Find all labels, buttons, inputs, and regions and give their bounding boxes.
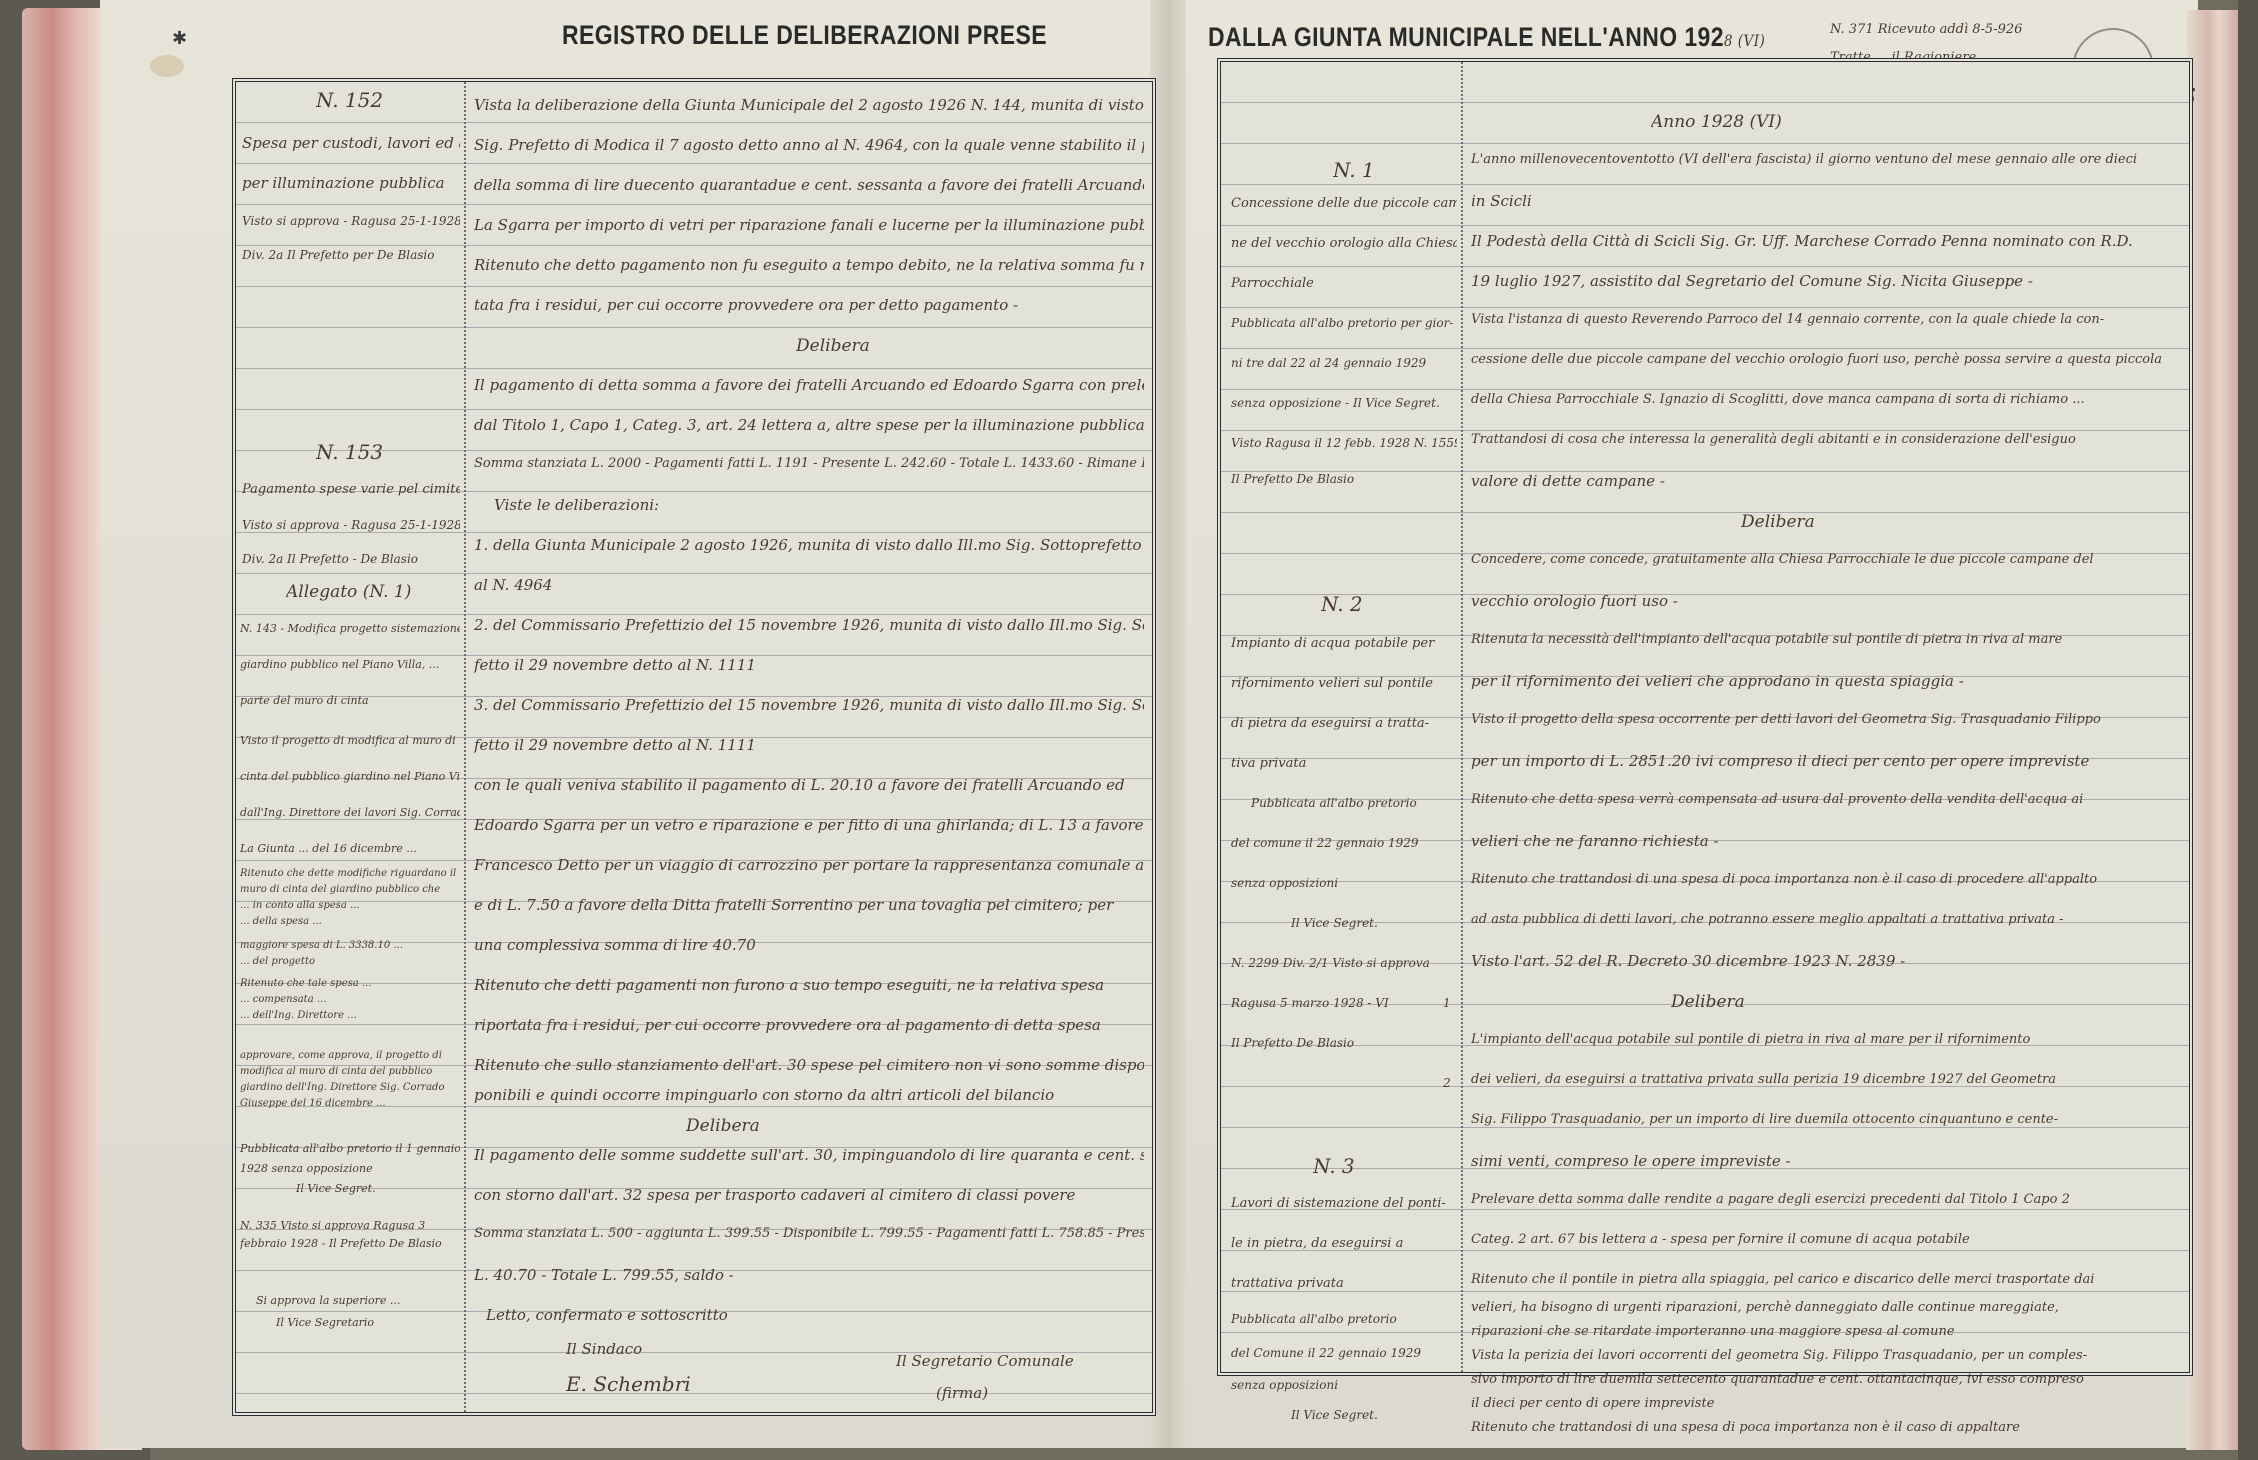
body-line: il dieci per cento di opere impreviste [1471, 1396, 2171, 1411]
entry-number: Allegato (N. 1) [286, 582, 411, 602]
margin-line: Il Prefetto De Blasio [1231, 1036, 1457, 1050]
body-line: Visto il progetto della spesa occorrente… [1471, 712, 2171, 727]
margin-line: per illuminazione pubblica [242, 174, 460, 192]
margin-line: Pubblicata all'albo pretorio il 1 gennai… [240, 1142, 460, 1155]
body-line: Ritenuto che detti pagamenti non furono … [474, 976, 1144, 994]
body-line: L'impianto dell'acqua potabile sul ponti… [1471, 1032, 2171, 1047]
column-divider [1461, 62, 1463, 1372]
body-line: La Sgarra per importo di vetri per ripar… [474, 216, 1144, 234]
year-suffix: 8 (VI) [1724, 31, 1765, 50]
body-line: Vista l'istanza di questo Reverendo Parr… [1471, 312, 2171, 327]
body-line: simi venti, compreso le opere impreviste… [1471, 1152, 2171, 1170]
margin-line: 1928 senza opposizione [240, 1162, 460, 1175]
margin-line: Si approva la superiore ... [256, 1294, 460, 1307]
margin-line: N. 335 Visto si approva Ragusa 3 febbrai… [240, 1217, 460, 1253]
margin-line: cinta del pubblico giardino nel Piano Vi… [240, 770, 460, 783]
body-line: 2. del Commissario Prefettizio del 15 no… [474, 616, 1144, 634]
right-register-table: N. 1 Concessione delle due piccole campa… [1217, 58, 2193, 1376]
delibera-heading: Delibera [1671, 992, 1745, 1012]
margin-line: Visto il progetto di modifica al muro di [240, 734, 460, 747]
body-line: Somma stanziata L. 2000 - Pagamenti fatt… [474, 456, 1144, 471]
margin-line: trattativa privata [1231, 1276, 1457, 1291]
body-line: Ritenuto che detto pagamento non fu eseg… [474, 256, 1144, 274]
entry-number: N. 152 [316, 88, 383, 112]
left-page-header: REGISTRO DELLE DELIBERAZIONI PRESE [562, 20, 1047, 51]
signature-title-secretary: Il Segretario Comunale [896, 1352, 1074, 1370]
body-line: e di L. 7.50 a favore della Ditta fratel… [474, 896, 1144, 914]
margin-line: Visto Ragusa il 12 febb. 1928 N. 1559 [1231, 436, 1457, 450]
margin-line: Pubblicata all'albo pretorio [1231, 1312, 1457, 1326]
margin-line: Giuseppe del 16 dicembre ... [240, 1098, 460, 1109]
margin-line: ni tre dal 22 al 24 gennaio 1929 [1231, 356, 1457, 370]
body-line: fetto il 29 novembre detto al N. 1111 [474, 736, 1144, 754]
signature-title-mayor: Il Sindaco [566, 1340, 642, 1358]
body-line: Sig. Prefetto di Modica il 7 agosto dett… [474, 136, 1144, 154]
body-line: Edoardo Sgarra per un vetro e riparazion… [474, 816, 1144, 834]
line-marker: 2 [1443, 1076, 1451, 1090]
margin-line: giardino dell'Ing. Direttore Sig. Corrad… [240, 1082, 460, 1093]
body-line: della somma di lire duecento quarantadue… [474, 176, 1144, 194]
body-line: Ritenuto che trattandosi di una spesa di… [1471, 872, 2171, 887]
margin-line: Ritenuto che dette modifiche riguardano … [240, 868, 460, 879]
entry-number: N. 1 [1333, 158, 1375, 182]
signature-secretary: (firma) [936, 1384, 988, 1402]
margin-line: Ragusa 5 marzo 1928 - VI [1231, 996, 1457, 1010]
body-line: con storno dall'art. 32 spesa per traspo… [474, 1186, 1144, 1204]
body-line: 1. della Giunta Municipale 2 agosto 1926… [474, 536, 1144, 554]
margin-line: Spesa per custodi, lavori ed altro [242, 134, 460, 152]
margin-line: Il Vice Segret. [1291, 1408, 1457, 1422]
margin-line: dall'Ing. Direttore dei lavori Sig. Corr… [240, 806, 460, 819]
margin-line: Il Vice Segret. [296, 1182, 456, 1195]
margin-line: Il Prefetto De Blasio [1231, 472, 1457, 486]
body-line: con le quali veniva stabilito il pagamen… [474, 776, 1144, 794]
year-heading: Anno 1928 (VI) [1651, 112, 1782, 132]
body-line: 3. del Commissario Prefettizio del 15 no… [474, 696, 1144, 714]
margin-line: Pagamento spese varie pel cimitero [242, 482, 460, 497]
body-line: Il pagamento delle somme suddette sull'a… [474, 1146, 1144, 1164]
body-line: Ritenuto che trattandosi di una spesa di… [1471, 1420, 2171, 1435]
margin-line: ... in conto alla spesa ... [240, 900, 460, 911]
margin-line: ... della spesa ... [240, 916, 460, 927]
right-page-header: DALLA GIUNTA MUNICIPALE NELL'ANNO 1928 (… [1208, 22, 1765, 53]
body-line: Ritenuto che il pontile in pietra alla s… [1471, 1272, 2171, 1287]
margin-line: ... dell'Ing. Direttore ... [240, 1010, 460, 1021]
margin-line: La Giunta ... del 16 dicembre ... [240, 842, 460, 855]
margin-line: tiva privata [1231, 756, 1457, 771]
margin-line: ne del vecchio orologio alla Chiesa [1231, 236, 1457, 251]
margin-line: approvare, come approva, il progetto di [240, 1050, 460, 1061]
margin-line: Visto si approva - Ragusa 25-1-1928 [242, 214, 460, 228]
body-line: Ritenuto che sullo stanziamento dell'art… [474, 1056, 1144, 1074]
body-line: Ritenuto che detta spesa verrà compensat… [1471, 792, 2171, 807]
body-line: una complessiva somma di lire 40.70 [474, 936, 1144, 954]
margin-line: N. 2299 Div. 2/1 Visto si approva [1231, 956, 1457, 970]
body-line: velieri, ha bisogno di urgenti riparazio… [1471, 1300, 2171, 1315]
signature-mayor: E. Schembri [566, 1372, 691, 1396]
body-line: dei velieri, da eseguirsi a trattativa p… [1471, 1072, 2171, 1087]
body-line: Visto l'art. 52 del R. Decreto 30 dicemb… [1471, 952, 2171, 970]
margin-line: Visto si approva - Ragusa 25-1-1928 [242, 518, 460, 532]
margin-line: Div. 2a Il Prefetto per De Blasio [242, 248, 460, 262]
margin-line: di pietra da eseguirsi a tratta- [1231, 716, 1457, 731]
delibera-heading: Delibera [1741, 512, 1815, 532]
entry-number: N. 153 [316, 440, 383, 464]
margin-line: del Comune il 22 gennaio 1929 [1231, 1346, 1457, 1360]
body-line: cessione delle due piccole campane del v… [1471, 352, 2171, 367]
body-line: della Chiesa Parrocchiale S. Ignazio di … [1471, 392, 2171, 407]
margin-line: Parrocchiale [1231, 276, 1457, 291]
body-line: fetto il 29 novembre detto al N. 1111 [474, 656, 1144, 674]
body-line: velieri che ne faranno richiesta - [1471, 832, 2171, 850]
margin-line: senza opposizione - Il Vice Segret. [1231, 396, 1457, 410]
body-line: Il Podestà della Città di Scicli Sig. Gr… [1471, 232, 2171, 250]
margin-line: Impianto di acqua potabile per [1231, 636, 1457, 651]
margin-line: Concessione delle due piccole campa- [1231, 196, 1457, 211]
body-line: Categ. 2 art. 67 bis lettera a - spesa p… [1471, 1232, 2171, 1247]
margin-line: rifornimento velieri sul pontile [1231, 676, 1457, 691]
body-line: riportata fra i residui, per cui occorre… [474, 1016, 1144, 1034]
margin-line: le in pietra, da eseguirsi a [1231, 1236, 1457, 1251]
margin-line: Ritenuto che tale spesa ... [240, 978, 460, 989]
margin-line: muro di cinta del giardino pubblico che [240, 884, 460, 895]
body-line: vecchio orologio fuori uso - [1471, 592, 2171, 610]
body-line: dal Titolo 1, Capo 1, Categ. 3, art. 24 … [474, 416, 1144, 434]
body-line: Francesco Detto per un viaggio di carroz… [474, 856, 1144, 874]
body-line: Sig. Filippo Trasquadanio, per un import… [1471, 1112, 2171, 1127]
margin-line: ... del progetto [240, 956, 460, 967]
body-line: sivo importo di lire duemila settecento … [1471, 1372, 2171, 1387]
right-header-title: DALLA GIUNTA MUNICIPALE NELL'ANNO 192 [1208, 22, 1724, 52]
body-line: riparazioni che se ritardate importerann… [1471, 1324, 2171, 1339]
body-line: L'anno millenovecentoventotto (VI dell'e… [1471, 152, 2171, 167]
margin-line: N. 143 - Modifica progetto sistemazione [240, 622, 460, 635]
body-line: al N. 4964 [474, 576, 1144, 594]
margin-line: del comune il 22 gennaio 1929 [1231, 836, 1457, 850]
margin-line: giardino pubblico nel Piano Villa, ... [240, 658, 460, 671]
body-line: Viste le deliberazioni: [494, 496, 1144, 514]
body-line: L. 40.70 - Totale L. 799.55, saldo - [474, 1266, 1144, 1284]
page-edges-right [2186, 10, 2241, 1450]
paper-stain [150, 55, 184, 77]
body-line: Vista la deliberazione della Giunta Muni… [474, 96, 1144, 114]
margin-line: Il Vice Segretario [276, 1316, 460, 1329]
margin-line: ... compensata ... [240, 994, 460, 1005]
column-divider [464, 82, 466, 1412]
body-line: 19 luglio 1927, assistito dal Segretario… [1471, 272, 2171, 290]
body-line: in Scicli [1471, 192, 2171, 210]
margin-line: Lavori di sistemazione del ponti- [1231, 1196, 1457, 1211]
body-line: Concedere, come concede, gratuitamente a… [1471, 552, 2171, 567]
entry-number: N. 2 [1321, 592, 1363, 616]
body-line: tata fra i residui, per cui occorre prov… [474, 296, 1144, 314]
margin-line: senza opposizioni [1231, 876, 1457, 890]
margin-line: Pubblicata all'albo pretorio [1251, 796, 1457, 810]
body-line: per un importo di L. 2851.20 ivi compres… [1471, 752, 2171, 770]
book-cover-right [2238, 0, 2258, 1460]
margin-line: Il Vice Segret. [1291, 916, 1457, 930]
left-register-table: N. 152 Spesa per custodi, lavori ed altr… [232, 78, 1156, 1416]
margin-line: Div. 2a Il Prefetto - De Blasio [242, 552, 460, 566]
receipt-note-line1: N. 371 Ricevuto addì 8-5-926 [1830, 22, 2022, 37]
margin-line: Pubblicata all'albo pretorio per gior- [1231, 316, 1457, 330]
corner-mark-icon: ✱ [172, 28, 187, 49]
open-register-book: ✱ REGISTRO DELLE DELIBERAZIONI PRESE DAL… [0, 0, 2258, 1460]
entry-number: N. 3 [1313, 1154, 1355, 1178]
delibera-heading: Delibera [686, 1116, 760, 1136]
body-line: Ritenuta la necessità dell'impianto dell… [1471, 632, 2171, 647]
body-line: valore di dette campane - [1471, 472, 2171, 490]
body-line: per il rifornimento dei velieri che appr… [1471, 672, 2171, 690]
body-line: Somma stanziata L. 500 - aggiunta L. 399… [474, 1226, 1144, 1241]
margin-line: parte del muro di cinta [240, 694, 460, 707]
margin-line: modifica al muro di cinta del pubblico [240, 1066, 460, 1077]
margin-line: maggiore spesa di L. 3338.10 ... [240, 940, 460, 951]
body-line: Vista la perizia dei lavori occorrenti d… [1471, 1348, 2171, 1363]
body-line: Prelevare detta somma dalle rendite a pa… [1471, 1192, 2171, 1207]
body-line: ponibili e quindi occorre impinguarlo co… [474, 1086, 1144, 1104]
line-marker: 1 [1443, 996, 1451, 1010]
body-line: Trattandosi di cosa che interessa la gen… [1471, 432, 2171, 447]
delibera-heading: Delibera [796, 336, 870, 356]
body-line: Il pagamento di detta somma a favore dei… [474, 376, 1144, 394]
margin-line: senza opposizioni [1231, 1378, 1457, 1392]
body-line: ad asta pubblica di detti lavori, che po… [1471, 912, 2171, 927]
body-line: Letto, confermato e sottoscritto [486, 1306, 1136, 1324]
